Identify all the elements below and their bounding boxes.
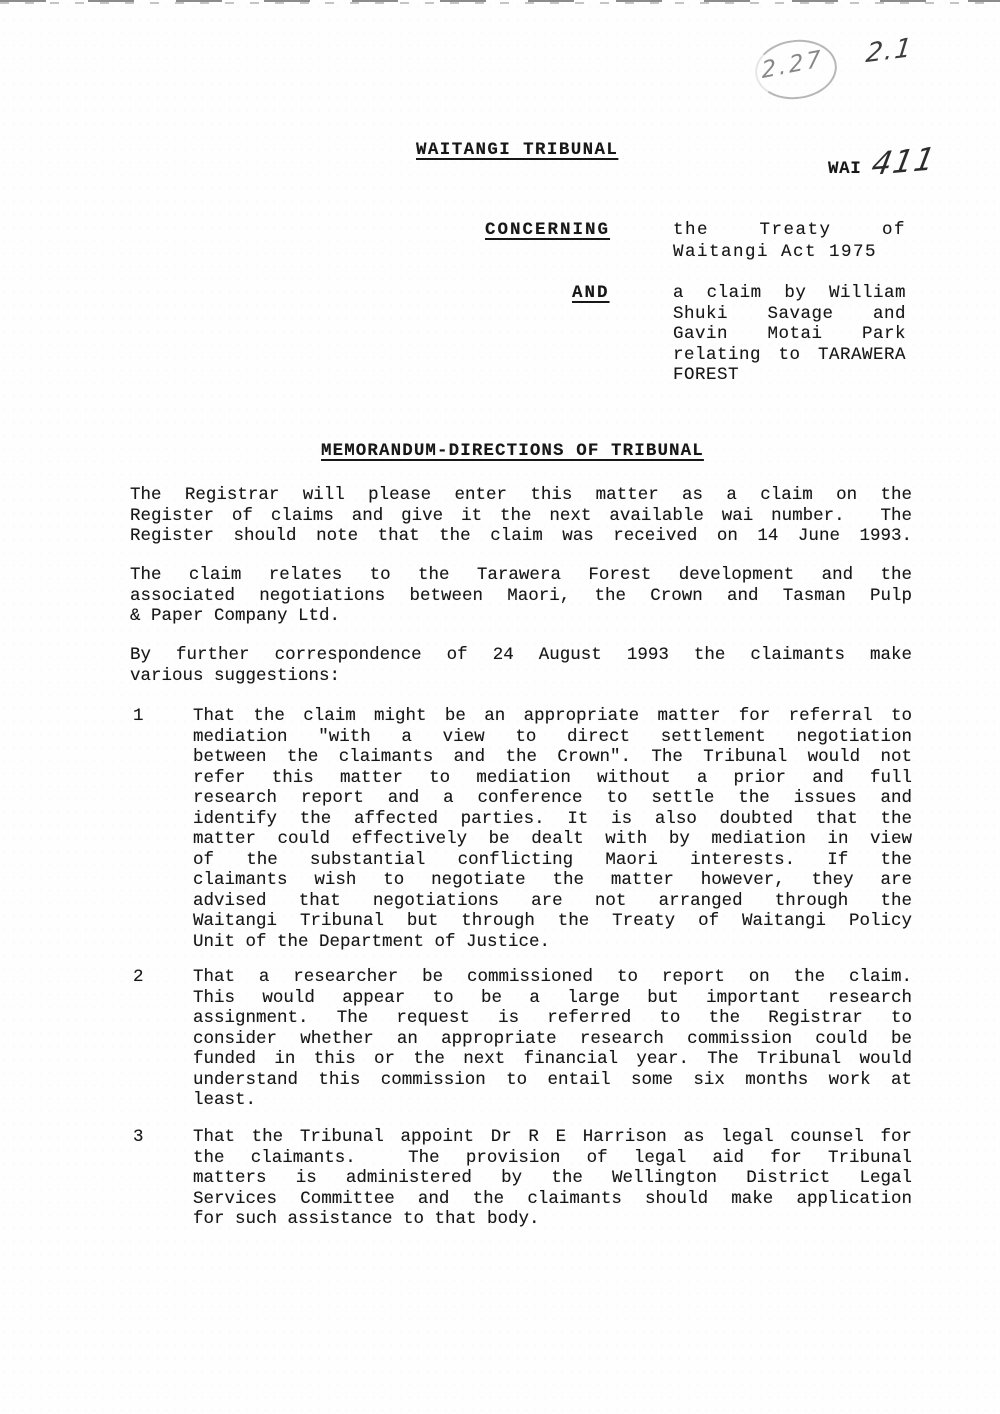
text-line: claimants wish to negotiate the matter h… bbox=[193, 870, 912, 891]
text-line: Waitangi Tribunal but through the Treaty… bbox=[193, 911, 912, 932]
list-item-researcher: That a researcher be commissioned to rep… bbox=[193, 967, 912, 1111]
text-line: Unit of the Department of Justice. bbox=[193, 932, 912, 953]
corner-ref-number: 2.1 bbox=[864, 33, 915, 69]
wai-number-handwritten: 411 bbox=[869, 141, 940, 183]
text-line: a claim by William bbox=[673, 283, 906, 304]
text-line: identify the affected parties. It is als… bbox=[193, 809, 912, 830]
text-line: This would appear to be a large but impo… bbox=[193, 988, 912, 1009]
text-line: By further correspondence of 24 August 1… bbox=[130, 645, 912, 666]
scanned-document-page: 2.27 2.1 WAITANGI TRIBUNAL WAI 411 CONCE… bbox=[0, 0, 1000, 1414]
text-line: Services Committee and the claimants sho… bbox=[193, 1189, 912, 1210]
concerning-text: the Treaty ofWaitangi Act 1975 bbox=[673, 220, 906, 263]
text-line: consider whether an appropriate research… bbox=[193, 1029, 912, 1050]
text-line: Register should note that the claim was … bbox=[130, 526, 912, 547]
text-line: The Registrar will please enter this mat… bbox=[130, 485, 912, 506]
text-line: Shuki Savage and bbox=[673, 304, 906, 325]
text-line: mediation "with a view to direct settlem… bbox=[193, 727, 912, 748]
memorandum-title: MEMORANDUM-DIRECTIONS OF TRIBUNAL bbox=[321, 441, 704, 461]
text-line: advised that negotiations are not arrang… bbox=[193, 891, 912, 912]
list-item-legal-counsel: That the Tribunal appoint Dr R E Harriso… bbox=[193, 1127, 912, 1230]
text-line: Gavin Motai Park bbox=[673, 324, 906, 345]
text-line: relating to TARAWERA bbox=[673, 345, 906, 366]
text-line: Register of claims and give it the next … bbox=[130, 506, 912, 527]
list-item-number: 2 bbox=[133, 967, 163, 987]
text-line: & Paper Company Ltd. bbox=[130, 606, 912, 627]
text-line: The claim relates to the Tarawera Forest… bbox=[130, 565, 912, 586]
text-line: various suggestions: bbox=[130, 666, 912, 687]
text-line: least. bbox=[193, 1090, 912, 1111]
text-line: refer this matter to mediation without a… bbox=[193, 768, 912, 789]
paragraph-correspondence: By further correspondence of 24 August 1… bbox=[130, 645, 912, 686]
scan-artifact-top-edge-2 bbox=[0, 2, 1000, 4]
text-line: funded in this or the next financial yea… bbox=[193, 1049, 912, 1070]
text-line: FOREST bbox=[673, 365, 906, 386]
text-line: That a researcher be commissioned to rep… bbox=[193, 967, 912, 988]
list-item-number: 1 bbox=[133, 706, 163, 726]
text-line: matters is administered by the Wellingto… bbox=[193, 1168, 912, 1189]
text-line: of the substantial conflicting Maori int… bbox=[193, 850, 912, 871]
text-line: the claimants. The provision of legal ai… bbox=[193, 1148, 912, 1169]
wai-label: WAI bbox=[828, 159, 861, 179]
text-line: Waitangi Act 1975 bbox=[673, 242, 906, 264]
text-line: matter could effectively be dealt with b… bbox=[193, 829, 912, 850]
text-line: associated negotiations between Maori, t… bbox=[130, 586, 912, 607]
concerning-label: CONCERNING bbox=[485, 220, 610, 240]
list-item-mediation: That the claim might be an appropriate m… bbox=[193, 706, 912, 952]
text-line: That the Tribunal appoint Dr R E Harriso… bbox=[193, 1127, 912, 1148]
text-line: between the claimants and the Crown". Th… bbox=[193, 747, 912, 768]
text-line: understand this commission to entail som… bbox=[193, 1070, 912, 1091]
and-label: AND bbox=[572, 283, 610, 303]
paragraph-claim-relates: The claim relates to the Tarawera Forest… bbox=[130, 565, 912, 627]
text-line: That the claim might be an appropriate m… bbox=[193, 706, 912, 727]
list-item-number: 3 bbox=[133, 1127, 163, 1147]
text-line: for such assistance to that body. bbox=[193, 1209, 912, 1230]
paragraph-registrar: The Registrar will please enter this mat… bbox=[130, 485, 912, 547]
document-title: WAITANGI TRIBUNAL bbox=[416, 140, 618, 160]
claim-description-text: a claim by WilliamShuki Savage andGavin … bbox=[673, 283, 906, 386]
text-line: assignment. The request is referred to t… bbox=[193, 1008, 912, 1029]
text-line: research report and a conference to sett… bbox=[193, 788, 912, 809]
text-line: the Treaty of bbox=[673, 220, 906, 242]
